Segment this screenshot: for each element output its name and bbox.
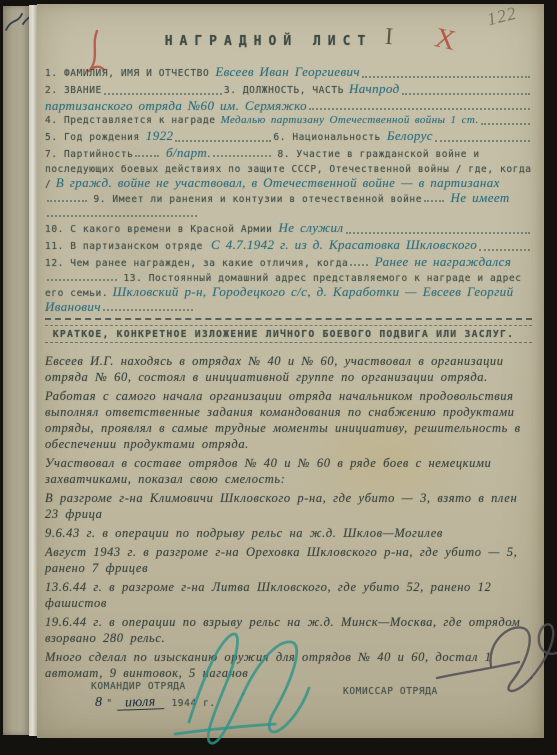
dotted-leader <box>175 137 271 142</box>
dotted-leader <box>47 276 117 281</box>
story-paragraph: 19.6.44 г. в операции по взрыву рельс на… <box>45 614 532 646</box>
story-paragraph: В разгроме г-на Климовичи Шкловского р-н… <box>45 490 532 522</box>
document-title: НАГРАДНОЙ ЛИСТ <box>45 34 492 49</box>
date-day: 8 <box>95 696 102 709</box>
field-party-value: б/парт. <box>166 145 211 160</box>
dotted-leader <box>479 246 530 251</box>
date-line: 8 " июля 1944 г. <box>95 696 216 710</box>
page-edge-strip <box>29 5 37 736</box>
dotted-leader <box>350 261 368 266</box>
commander-label: КОМАНДИР ОТРЯДА <box>91 680 186 693</box>
form-row-birth-nationality: 5. Год рождения 1922 6. Национальность Б… <box>45 129 532 144</box>
field-rank-label: 2. ЗВАНИЕ <box>45 84 102 97</box>
section-divider-bottom <box>45 342 532 345</box>
field-red-army-value: Не служил <box>279 221 344 234</box>
form-group-prior-awards-address: 12. Чем ранее награжден, за какие отличи… <box>45 255 532 313</box>
story-paragraph: Евсеев И.Г. находясь в отрядах № 40 и № … <box>45 353 532 385</box>
field-position-label: 3. ДОЛЖНОСТЬ, ЧАСТЬ <box>224 84 344 97</box>
field-wounds-value: Не имеет <box>451 190 510 205</box>
field-birthyear-value: 1922 <box>146 129 174 142</box>
merit-description: Евсеев И.Г. находясь в отрядах № 40 и № … <box>45 353 532 681</box>
date-quote: " <box>106 697 112 710</box>
field-red-army-label: 10. С какого времени в Красной Армии <box>45 223 273 236</box>
dotted-leader <box>481 120 530 125</box>
commissar-label: КОМИССАР ОТРЯДА <box>343 685 438 698</box>
field-party-label: 7. Партийность <box>45 149 133 160</box>
dotted-leader <box>104 90 222 95</box>
story-paragraph: Много сделал по изысканию оружия для отр… <box>45 649 532 681</box>
field-wounds-label: 9. Имеет ли ранения и контузии в отечест… <box>93 194 422 205</box>
field-prior-awards-value: Ранее не награждался <box>375 254 511 269</box>
dotted-leader <box>135 152 159 157</box>
field-partisan-unit-label: 11. В партизанском отряде <box>45 240 203 253</box>
dotted-leader <box>424 197 444 202</box>
dotted-leader <box>346 229 531 234</box>
field-war-participation-value: В гражд. войне не участвовал, в Отечеств… <box>56 175 500 190</box>
story-paragraph: Участвовал в составе отрядов № 40 и № 60… <box>45 455 532 487</box>
form-row-rank-position: 2. ЗВАНИЕ 3. ДОЛЖНОСТЬ, ЧАСТЬ Начпрод <box>45 82 532 97</box>
dotted-leader <box>47 197 87 202</box>
scanned-award-document: { "doc": { "marks": { "roman_numeral": "… <box>0 0 557 755</box>
field-nationality-value: Белорус <box>387 129 433 142</box>
field-position-value: Начпрод <box>349 82 400 95</box>
dotted-leader <box>47 212 197 217</box>
pencil-page-number: 122 <box>485 3 519 31</box>
field-position-value-2: партизанского отряда №60 им. Сермяжко <box>45 99 307 112</box>
form-row-red-army: 10. С какого времени в Красной Армии Не … <box>45 221 532 236</box>
field-nationality-label: 6. Национальность <box>273 131 380 144</box>
field-award-value: Медалью партизану Отечественной войны 1 … <box>221 114 479 127</box>
form-row-name: 1. ФАМИЛИЯ, ИМЯ И ОТЧЕСТВО Евсеев Иван Г… <box>45 65 532 80</box>
form-row-award: 4. Представляется к награде Медалью парт… <box>45 114 532 127</box>
form-row-partisan-unit: 11. В партизанском отряде С 4.7.1942 г. … <box>45 238 532 253</box>
field-birthyear-label: 5. Год рождения <box>45 131 140 144</box>
date-month: июля <box>117 695 164 711</box>
form-row-position-continued: партизанского отряда №60 им. Сермяжко <box>45 99 532 112</box>
story-paragraph: 13.6.44 г. в разгроме г-на Литва Шкловск… <box>45 579 532 611</box>
form-group-party-war-wounds: 7. Партийность б/парт. 8. Участие в граж… <box>45 146 532 219</box>
field-name-value: Евсеев Иван Георгиевич <box>215 65 360 78</box>
dotted-leader <box>309 105 530 110</box>
date-year: 1944 г. <box>171 697 215 710</box>
dotted-leader <box>402 90 530 95</box>
story-paragraph: Работая с самого начала организации отря… <box>45 388 532 452</box>
underlying-page-edge <box>3 6 29 735</box>
form-content: НАГРАДНОЙ ЛИСТ 1. ФАМИЛИЯ, ИМЯ И ОТЧЕСТВ… <box>45 30 532 684</box>
section-divider-top <box>45 318 532 326</box>
dotted-leader <box>435 137 530 142</box>
field-prior-awards-label: 12. Чем ранее награжден, за какие отличи… <box>45 258 348 269</box>
story-paragraph: Август 1943 г. в разгроме г-на Ореховка … <box>45 544 532 576</box>
dotted-leader <box>103 306 193 311</box>
field-partisan-unit-value: С 4.7.1942 г. из д. Красатовка Шкловског… <box>211 238 477 251</box>
section-header: КРАТКОЕ, КОНКРЕТНОЕ ИЗЛОЖЕНИЕ ЛИЧНОГО БО… <box>45 329 522 340</box>
field-award-label: 4. Представляется к награде <box>45 114 216 127</box>
award-sheet-page: I X 122 НАГРАДНОЙ ЛИСТ 1. ФАМИЛИЯ, ИМЯ И… <box>37 4 544 738</box>
story-paragraph: 9.6.43 г. в операции по подрыву рельс на… <box>45 525 532 541</box>
field-name-label: 1. ФАМИЛИЯ, ИМЯ И ОТЧЕСТВО <box>45 67 209 80</box>
dotted-leader <box>213 152 271 157</box>
dotted-leader <box>362 73 530 78</box>
